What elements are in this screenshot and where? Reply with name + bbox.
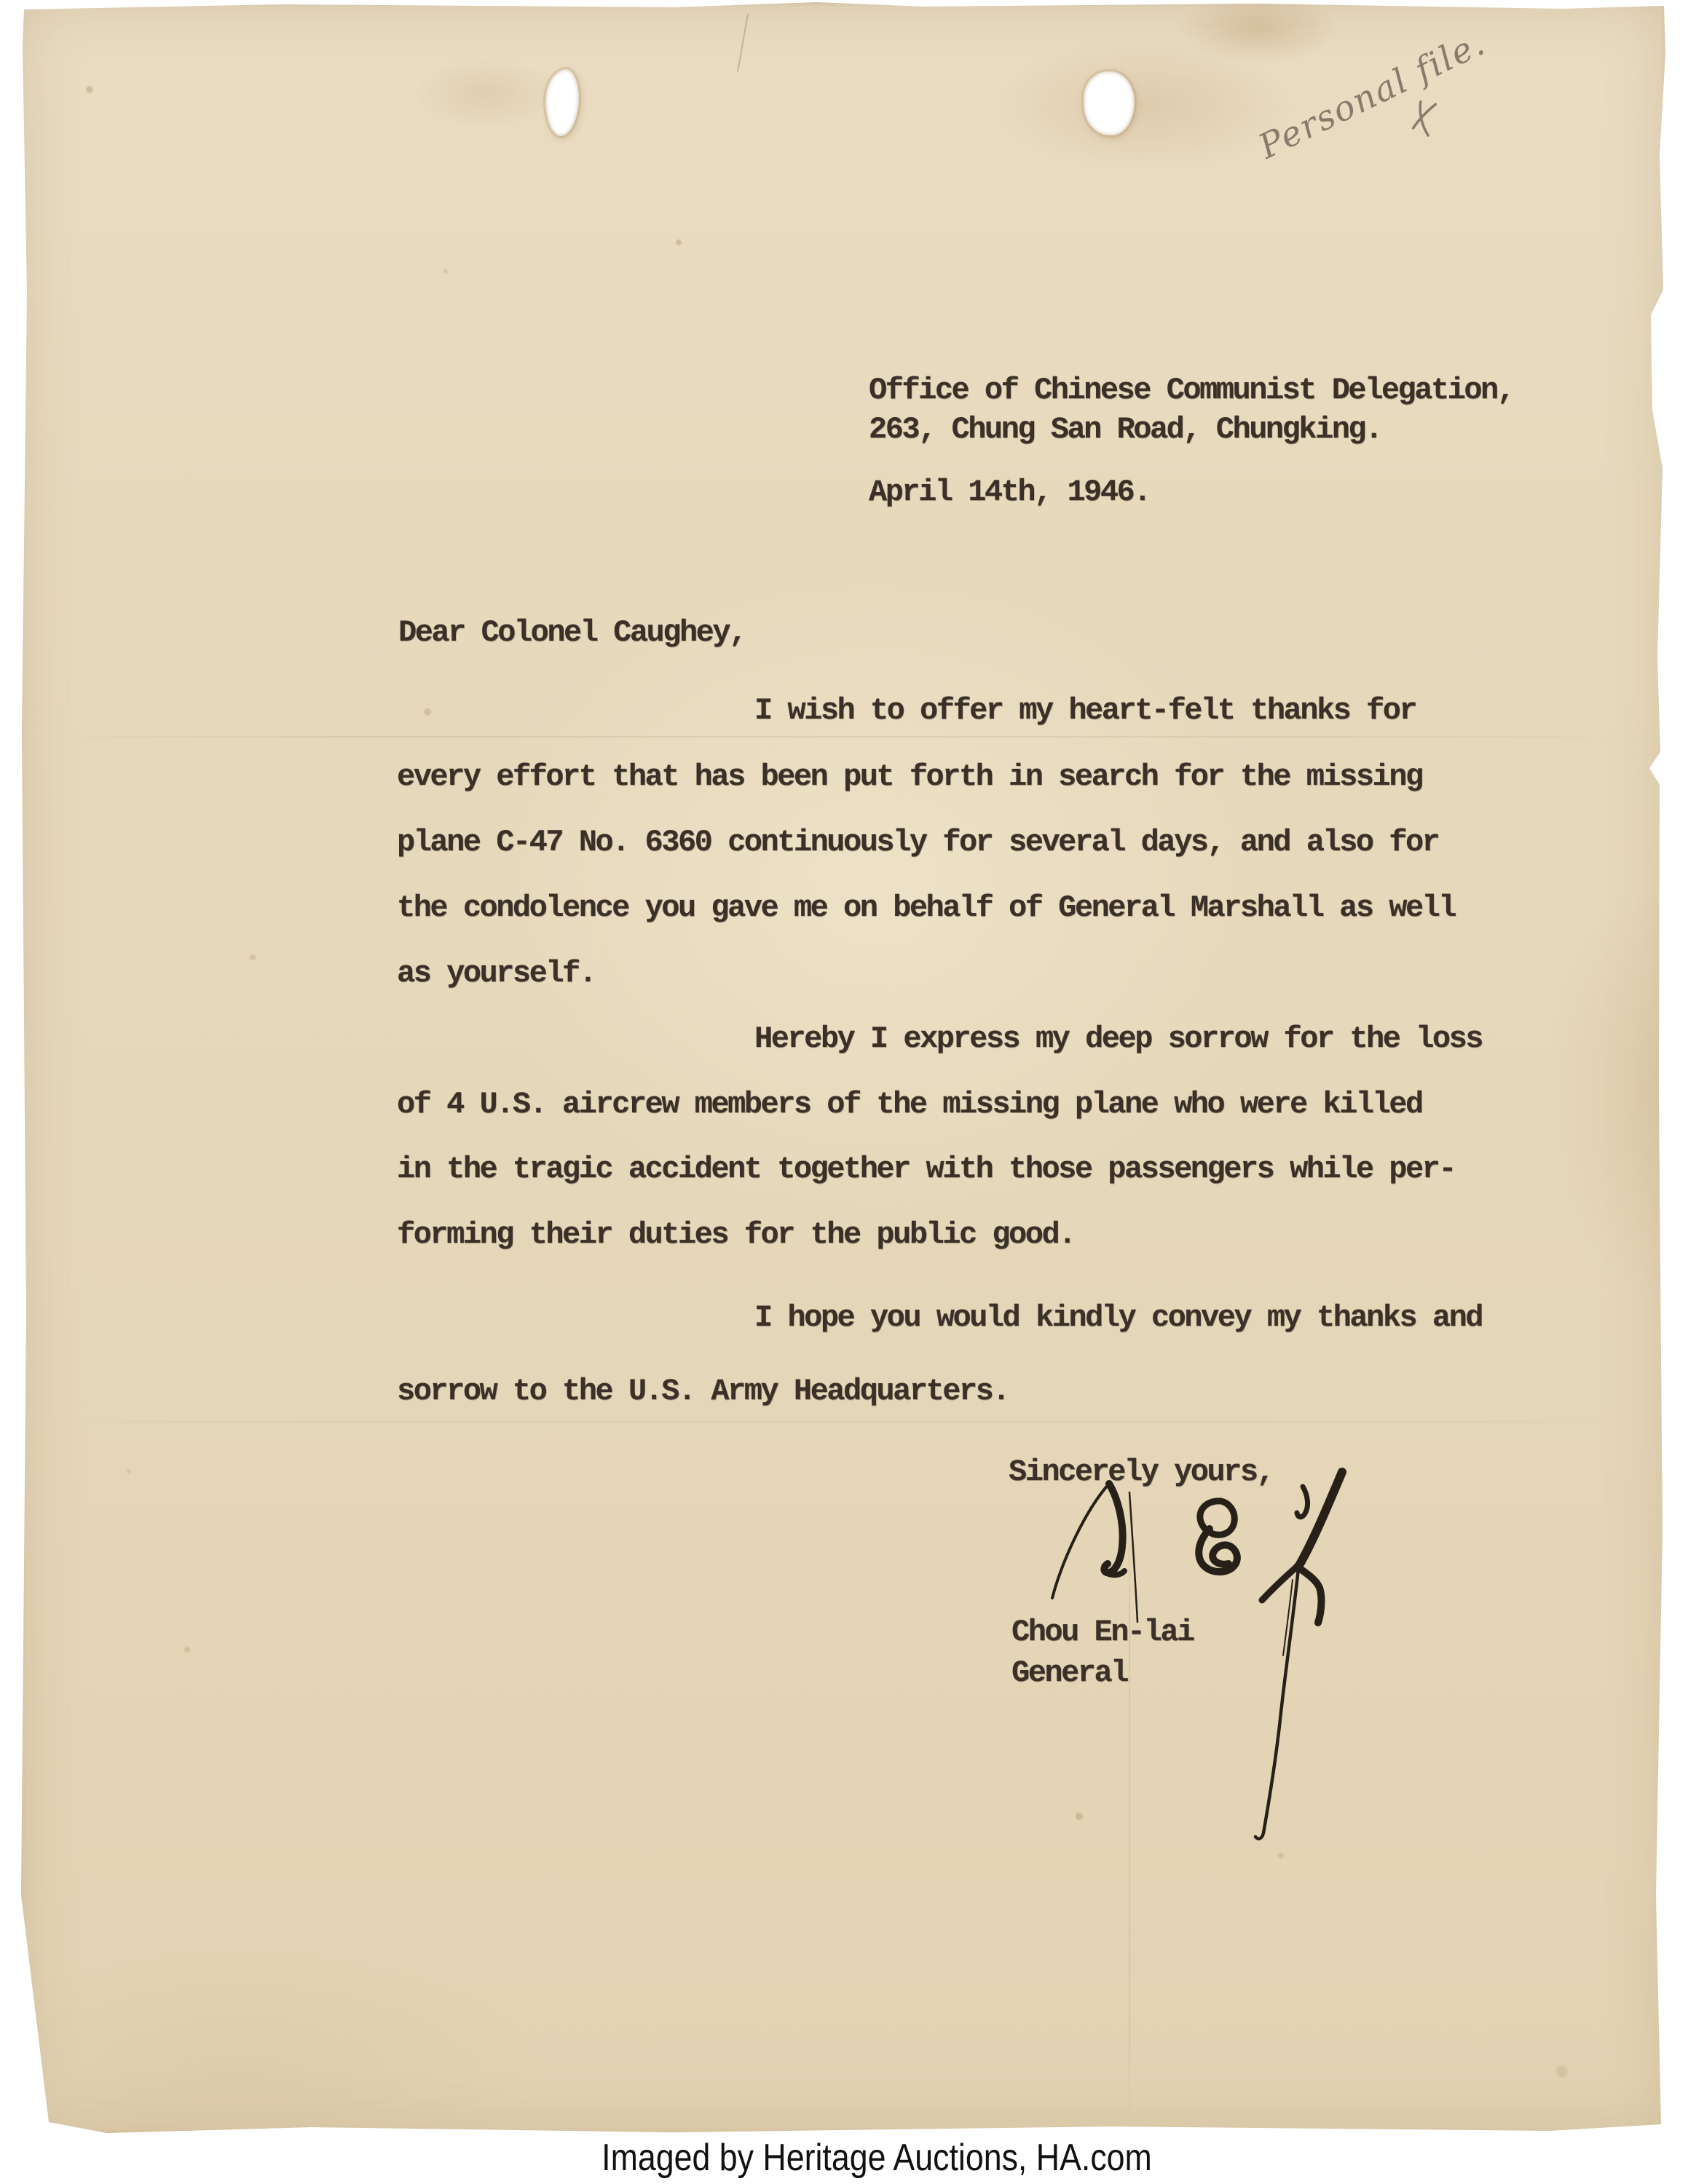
fold-crease-horizontal-lower: [20, 1421, 1667, 1423]
body-line: as yourself.: [397, 958, 595, 989]
body-line: forming their duties for the public good…: [397, 1219, 1075, 1250]
letterhead-line: Office of Chinese Communist Delegation,: [869, 375, 1513, 405]
letter-paper: Personal file. Office of Chinese Communi…: [20, 2, 1667, 2134]
fold-crease-horizontal-upper: [20, 736, 1667, 737]
pencil-annotation: Personal file.: [1221, 2, 1571, 177]
punch-hole-right: [1084, 71, 1135, 135]
body-line: every effort that has been put forth in …: [397, 761, 1422, 792]
body-line: plane C-47 No. 6360 continuously for sev…: [397, 827, 1438, 858]
body-line: sorrow to the U.S. Army Headquarters.: [397, 1376, 1009, 1406]
letterhead-line: 263, Chung San Road, Chungking.: [869, 414, 1381, 445]
pencil-annotation-text: Personal file.: [1252, 23, 1491, 167]
body-line: in the tragic accident together with tho…: [397, 1154, 1455, 1184]
paper-foxing-texture: [20, 2, 1667, 2134]
body-line: Hereby I express my deep sorrow for the …: [754, 1024, 1482, 1054]
watermark-caption: Imaged by Heritage Auctions, HA.com: [179, 2136, 1574, 2184]
paper-scratch-mark: [737, 14, 749, 71]
body-line: the condolence you gave me on behalf of …: [397, 893, 1455, 923]
document-scan: { "scan": { "caption": "Imaged by Herita…: [0, 0, 1688, 2184]
typed-signer-title: General: [1011, 1658, 1127, 1688]
typed-signer-name: Chou En-lai: [1011, 1617, 1194, 1647]
body-line: of 4 U.S. aircrew members of the missing…: [397, 1089, 1422, 1120]
body-line: I wish to offer my heart-felt thanks for: [754, 695, 1416, 726]
punch-hole-left: [545, 69, 579, 136]
date-line: April 14th, 1946.: [869, 477, 1150, 507]
salutation: Dear Colonel Caughey,: [398, 617, 746, 648]
pencil-initials-mark-icon: [1404, 96, 1446, 140]
body-line: I hope you would kindly convey my thanks…: [754, 1302, 1482, 1333]
